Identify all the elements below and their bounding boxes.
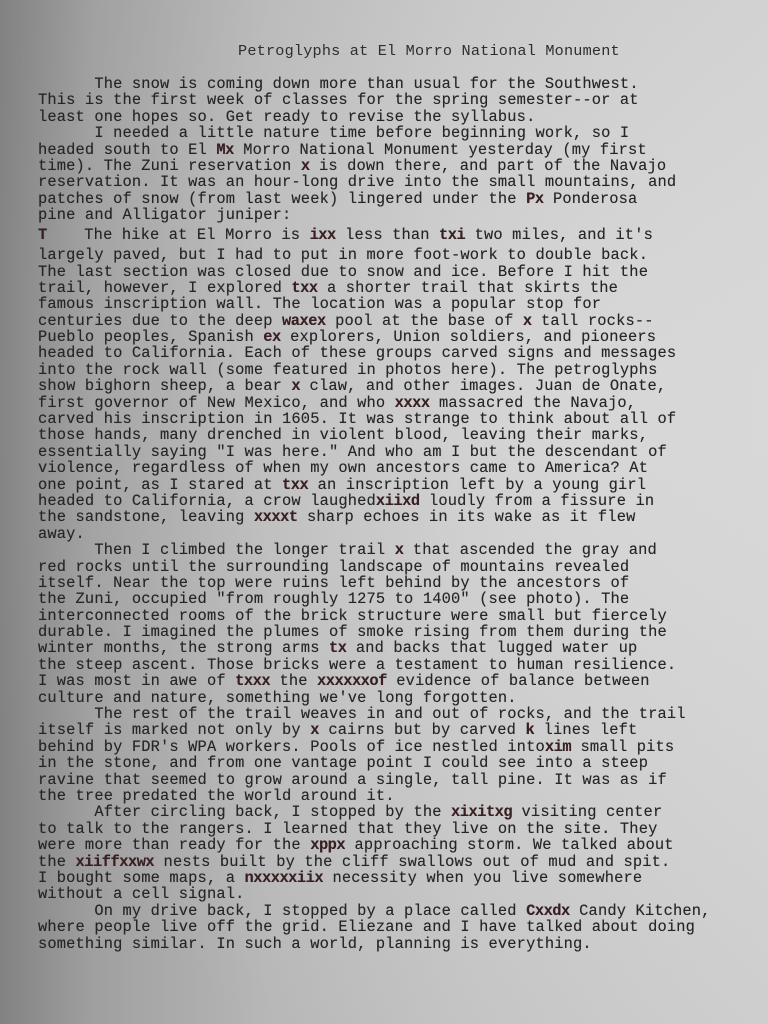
line-text: pool at the base of [326,312,523,330]
text-line: pine and Alligator juniper: [38,207,711,223]
line-text: headed to California. Each of these grou… [38,344,676,362]
struck-out-text: waxex [282,312,326,330]
line-text: visiting center [512,803,662,821]
line-text: pine and Alligator juniper: [38,206,291,224]
paragraph-indent [38,75,94,93]
line-text: time). The Zuni reservation [38,157,301,175]
line-text: massacred the Navajo, [430,394,637,412]
text-line: itself. Near the top were ruins left beh… [38,575,711,591]
line-text: the Zuni, occupied "from roughly 1275 to… [38,590,629,608]
line-text: one point, as I stared at [38,476,282,494]
text-line: interconnected rooms of the brick struct… [38,608,711,624]
line-text: culture and nature, something we've long… [38,689,517,707]
line-text: were more than ready for the [38,836,310,854]
line-text: On my drive back, I stopped by a place c… [94,902,526,920]
struck-out-text: tx [329,639,346,657]
line-text: reservation. It was an hour-long drive i… [38,173,676,191]
text-line: the steep ascent. Those bricks were a te… [38,657,711,673]
text-line: behind by FDR's WPA workers. Pools of ic… [38,739,711,755]
line-text: interconnected rooms of the brick struct… [38,607,667,625]
text-line: show bighorn sheep, a bear x claw, and o… [38,378,711,394]
struck-out-text: xppx [310,836,345,854]
line-text: less than [336,226,439,244]
struck-out-text: nxxxxxiix [245,869,324,887]
text-line: The snow is coming down more than usual … [38,76,711,92]
line-text: trail, however, I explored [38,279,291,297]
paragraph-indent [38,124,94,142]
line-text: tall rocks-- [532,312,654,330]
text-line: in the stone, and from one vantage point… [38,755,711,771]
struck-out-text: k [525,721,534,739]
line-text: I needed a little nature time before beg… [94,124,629,142]
line-text: those hands, many drenched in violent bl… [38,426,648,444]
line-text: violence, regardless of when my own ance… [38,459,648,477]
text-line: least one hopes so. Get ready to revise … [38,109,711,125]
struck-out-text: xxxxxxof [317,672,387,690]
struck-out-text: txi [439,226,465,244]
paragraph-indent [38,803,94,821]
struck-out-text: xxxx [395,394,430,412]
text-line: the sandstone, leaving xxxxt sharp echoe… [38,509,711,525]
line-text: least one hopes so. Get ready to revise … [38,108,535,126]
line-text: durable. I imagined the plumes of smoke … [38,623,667,641]
line-text: two miles, and it's [465,226,653,244]
line-text: ravine that seemed to grow around a sing… [38,771,667,789]
line-text: without a cell signal. [38,885,245,903]
paragraph-indent [38,902,94,920]
line-text: necessity when you live somewhere [323,869,642,887]
line-text: Candy Kitchen, [570,902,711,920]
struck-out-text: Cxxdx [526,902,570,920]
line-text: the sandstone, leaving [38,508,254,526]
line-text: This is the first week of classes for th… [38,91,639,109]
text-line: headed south to El Mx Morro National Mon… [38,142,711,158]
line-text: into the rock wall (some featured in pho… [38,361,657,379]
line-text: nests built by the cliff swallows out of… [154,853,670,871]
line-text: the steep ascent. Those bricks were a te… [38,656,676,674]
paragraph-indent [38,705,94,723]
line-text: loudly from a fissure in [420,492,655,510]
line-text: explorers, Union soldiers, and pioneers [281,328,656,346]
text-line: first governor of New Mexico, and who xx… [38,395,711,411]
struck-out-text: x [291,377,300,395]
line-text: I bought some maps, a [38,869,245,887]
text-line: largely paved, but I had to put in more … [38,247,711,263]
text-line: were more than ready for the xppx approa… [38,837,711,853]
document-body: The snow is coming down more than usual … [38,76,711,952]
line-text: and backs that lugged water up [346,639,637,657]
text-line: I needed a little nature time before beg… [38,125,711,141]
struck-out-text: txx [291,279,317,297]
text-line: away. [38,526,711,542]
text-line: one point, as I stared at txx an inscrip… [38,477,711,493]
text-line: winter months, the strong arms tx and ba… [38,640,711,656]
text-line: violence, regardless of when my own ance… [38,460,711,476]
line-text: where people live off the grid. Eliezane… [38,918,695,936]
text-line: T The hike at El Morro is ixx less than … [38,224,711,248]
text-line: something similar. In such a world, plan… [38,936,711,952]
struck-out-text: x [310,721,319,739]
line-text: is down there, and part of the Navajo [310,157,667,175]
line-text: Pueblo peoples, Spanish [38,328,263,346]
text-line: the tree predated the world around it. [38,788,711,804]
text-line: On my drive back, I stopped by a place c… [38,903,711,919]
line-text: headed to California, a crow laughed [38,492,376,510]
text-line: carved his inscription in 1605. It was s… [38,411,711,427]
struck-out-text: ex [263,328,280,346]
text-line: durable. I imagined the plumes of smoke … [38,624,711,640]
line-text: The last section was closed due to snow … [38,263,648,281]
text-line: time). The Zuni reservation x is down th… [38,158,711,174]
line-text: red rocks until the surrounding landscap… [38,558,629,576]
text-line: headed to California. Each of these grou… [38,345,711,361]
struck-out-text: Px [526,190,543,208]
line-text: famous inscription wall. The location wa… [38,295,601,313]
line-text: sharp echoes in its wake as it flew [298,508,636,526]
line-text: After circling back, I stopped by the [94,803,451,821]
struck-out-text: xiiffxxwx [76,853,155,871]
paragraph-indent [38,541,94,559]
line-text: an inscription left by a young girl [308,476,646,494]
text-line: the Zuni, occupied "from roughly 1275 to… [38,591,711,607]
line-text: in the stone, and from one vantage point… [38,754,648,772]
line-text: essentially saying "I was here." And who… [38,443,667,461]
line-text: The hike at El Morro is [47,226,310,244]
text-line: without a cell signal. [38,886,711,902]
text-line: those hands, many drenched in violent bl… [38,427,711,443]
struck-out-text: x [523,312,532,330]
text-line: This is the first week of classes for th… [38,92,711,108]
text-line: After circling back, I stopped by the xi… [38,804,711,820]
line-text: to talk to the rangers. I learned that t… [38,820,657,838]
line-text: I was most in awe of [38,672,235,690]
line-text: largely paved, but I had to put in more … [38,246,648,264]
line-text: cairns but by carved [319,721,526,739]
line-text: small pits [571,738,674,756]
text-line: I was most in awe of txxx the xxxxxxof e… [38,673,711,689]
text-line: I bought some maps, a nxxxxxiix necessit… [38,870,711,886]
struck-out-text: x [301,157,310,175]
text-line: red rocks until the surrounding landscap… [38,559,711,575]
struck-out-text: ixx [310,226,336,244]
text-line: itself is marked not only by x cairns bu… [38,722,711,738]
struck-out-text: xiixd [376,492,420,510]
line-text: headed south to El [38,141,216,159]
line-text: the [270,672,317,690]
text-line: centuries due to the deep waxex pool at … [38,313,711,329]
text-line: ravine that seemed to grow around a sing… [38,772,711,788]
line-text: evidence of balance between [387,672,650,690]
text-line: patches of snow (from last week) lingere… [38,191,711,207]
line-text: lines left [534,721,637,739]
line-text: a shorter trail that skirts the [318,279,618,297]
line-text: away. [38,525,85,543]
line-text: centuries due to the deep [38,312,282,330]
line-text: that ascended the gray and [403,541,656,559]
line-text: The rest of the trail weaves in and out … [94,705,685,723]
struck-out-text: Mx [216,141,233,159]
line-text: The snow is coming down more than usual … [94,75,638,93]
text-line: headed to California, a crow laughedxiix… [38,493,711,509]
struck-out-text: xim [545,738,571,756]
struck-out-text: xixitxg [451,803,512,821]
line-text: winter months, the strong arms [38,639,329,657]
line-text: itself is marked not only by [38,721,310,739]
line-text: Then I climbed the longer trail [94,541,394,559]
line-text: claw, and other images. Juan de Onate, [300,377,666,395]
line-text: Ponderosa [544,190,638,208]
line-text: show bighorn sheep, a bear [38,377,291,395]
line-text: behind by FDR's WPA workers. Pools of ic… [38,738,545,756]
line-text: itself. Near the top were ruins left beh… [38,574,629,592]
text-line: Then I climbed the longer trail x that a… [38,542,711,558]
text-line: the xiiffxxwx nests built by the cliff s… [38,854,711,870]
struck-out-text: txxx [235,672,270,690]
line-text: first governor of New Mexico, and who [38,394,395,412]
text-line: to talk to the rangers. I learned that t… [38,821,711,837]
document-title: Petroglyphs at El Morro National Monumen… [238,42,620,60]
text-line: into the rock wall (some featured in pho… [38,362,711,378]
text-line: The rest of the trail weaves in and out … [38,706,711,722]
line-text: the [38,853,76,871]
text-line: reservation. It was an hour-long drive i… [38,174,711,190]
struck-out-text: txx [282,476,308,494]
text-line: Pueblo peoples, Spanish ex explorers, Un… [38,329,711,345]
struck-out-text: T [38,226,47,244]
text-line: essentially saying "I was here." And who… [38,444,711,460]
line-text: carved his inscription in 1605. It was s… [38,410,676,428]
line-text: approaching storm. We talked about [345,836,674,854]
text-line: culture and nature, something we've long… [38,690,711,706]
text-line: trail, however, I explored txx a shorter… [38,280,711,296]
line-text: Morro National Monument yesterday (my fi… [234,141,647,159]
line-text: patches of snow (from last week) lingere… [38,190,526,208]
line-text: something similar. In such a world, plan… [38,935,592,953]
text-line: famous inscription wall. The location wa… [38,296,711,312]
struck-out-text: xxxxt [254,508,298,526]
text-line: The last section was closed due to snow … [38,264,711,280]
line-text: the tree predated the world around it. [38,787,395,805]
text-line: where people live off the grid. Eliezane… [38,919,711,935]
